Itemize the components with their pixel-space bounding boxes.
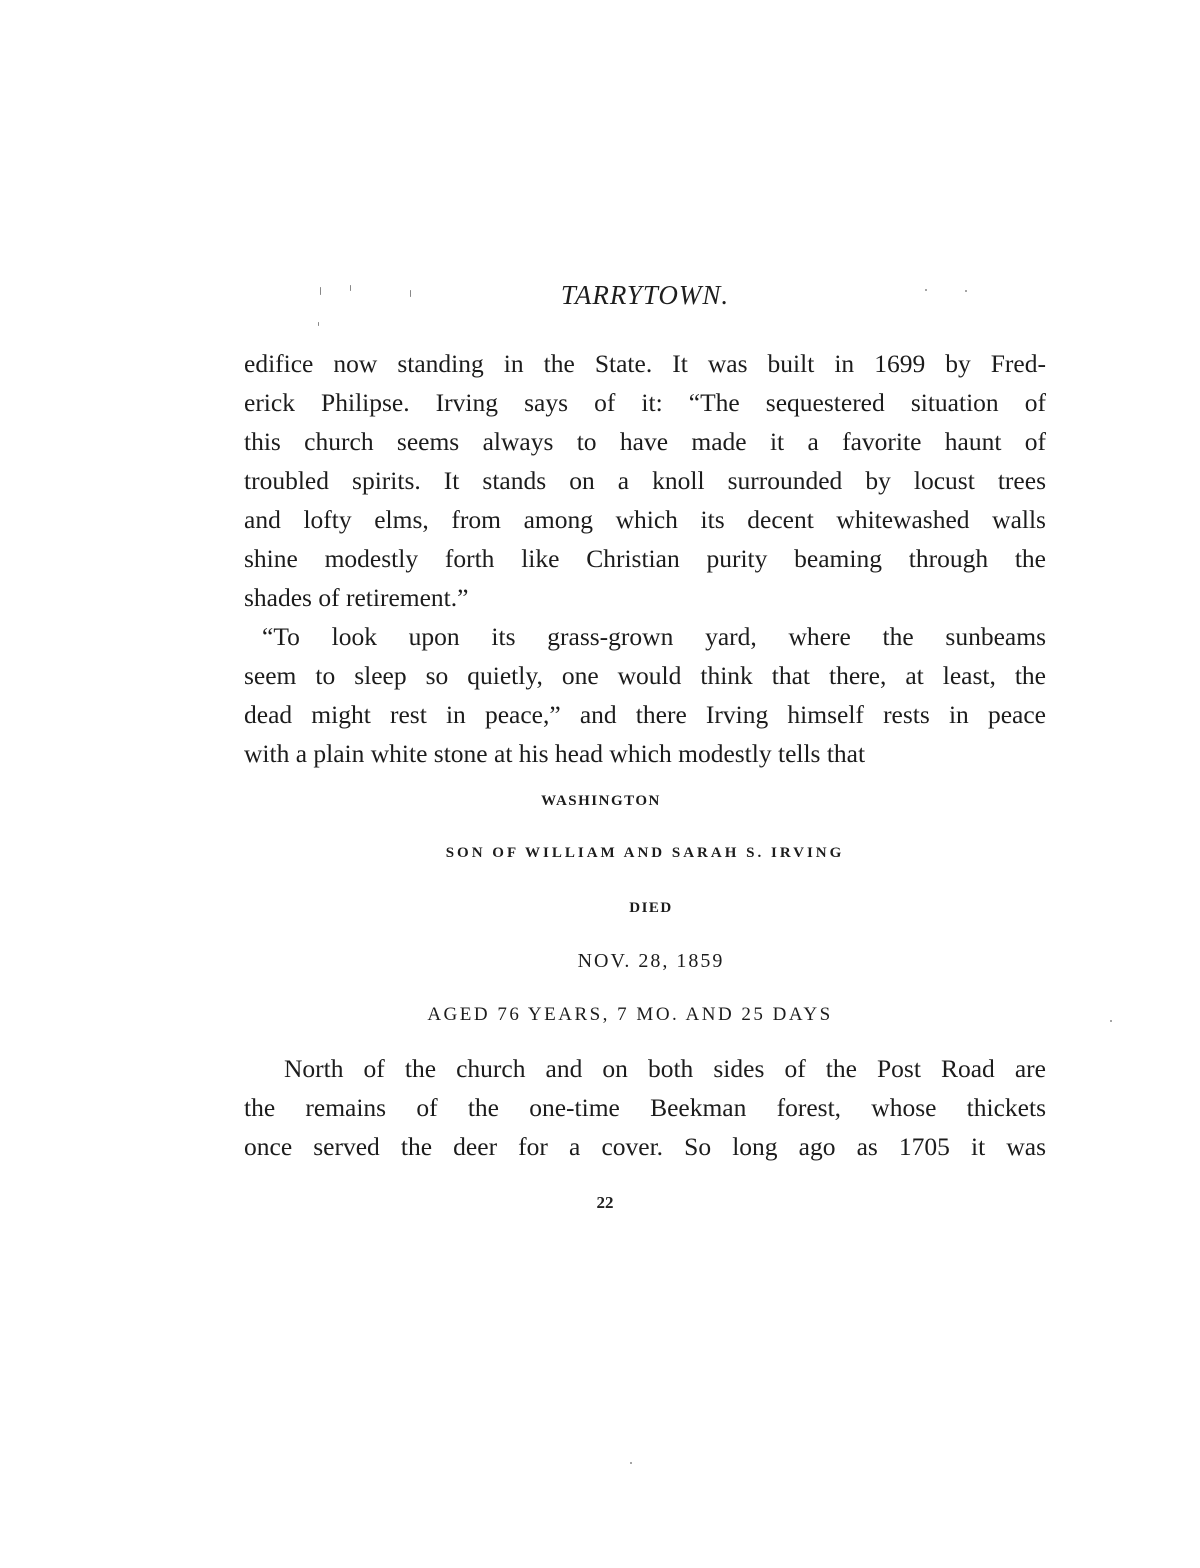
text-line: once served the deer for a cover. So lon…	[244, 1127, 1046, 1166]
page-number: 22	[0, 1193, 1200, 1213]
paragraph-3: North of the church and on both sides of…	[244, 1049, 1046, 1166]
paragraph-2: “To look upon its grass-grown yard, wher…	[244, 617, 1046, 773]
epitaph-died: DIED	[250, 900, 1052, 917]
epitaph-date: NOV. 28, 1859	[250, 950, 1052, 973]
epitaph-parents: SON OF WILLIAM AND SARAH S. IRVING	[200, 845, 1090, 862]
scan-speck	[410, 290, 411, 297]
scan-speck	[1110, 1020, 1112, 1022]
text-line: with a plain white stone at his head whi…	[244, 734, 1046, 773]
paragraph-1: edifice now standing in the State. It wa…	[244, 344, 1046, 617]
text-line: North of the church and on both sides of…	[244, 1049, 1046, 1088]
scan-speck	[318, 322, 319, 326]
scan-speck	[630, 1462, 632, 1464]
text-line: the remains of the one-time Beekman fore…	[244, 1088, 1046, 1127]
text-line: troubled spirits. It stands on a knoll s…	[244, 461, 1046, 500]
text-line: edifice now standing in the State. It wa…	[244, 344, 1046, 383]
scan-speck	[320, 287, 321, 295]
text-line: erick Philipse. Irving says of it: “The …	[244, 383, 1046, 422]
text-line: shades of retirement.”	[244, 578, 1046, 617]
epitaph-age: AGED 76 YEARS, 7 MO. AND 25 DAYS	[250, 1004, 1010, 1026]
scan-speck	[965, 290, 967, 292]
text-line: dead might rest in peace,” and there Irv…	[244, 695, 1046, 734]
text-line: this church seems always to have made it…	[244, 422, 1046, 461]
text-line: and lofty elms, from among which its dec…	[244, 500, 1046, 539]
running-head: TARRYTOWN.	[0, 280, 1200, 311]
text-line: shine modestly forth like Christian puri…	[244, 539, 1046, 578]
book-page: TARRYTOWN. edifice now standing in the S…	[0, 0, 1200, 1568]
text-line: seem to sleep so quietly, one would thin…	[244, 656, 1046, 695]
scan-speck	[350, 287, 351, 291]
text-line: “To look upon its grass-grown yard, wher…	[244, 617, 1046, 656]
scan-speck	[925, 289, 927, 291]
epitaph-name: WASHINGTON	[200, 793, 1002, 810]
